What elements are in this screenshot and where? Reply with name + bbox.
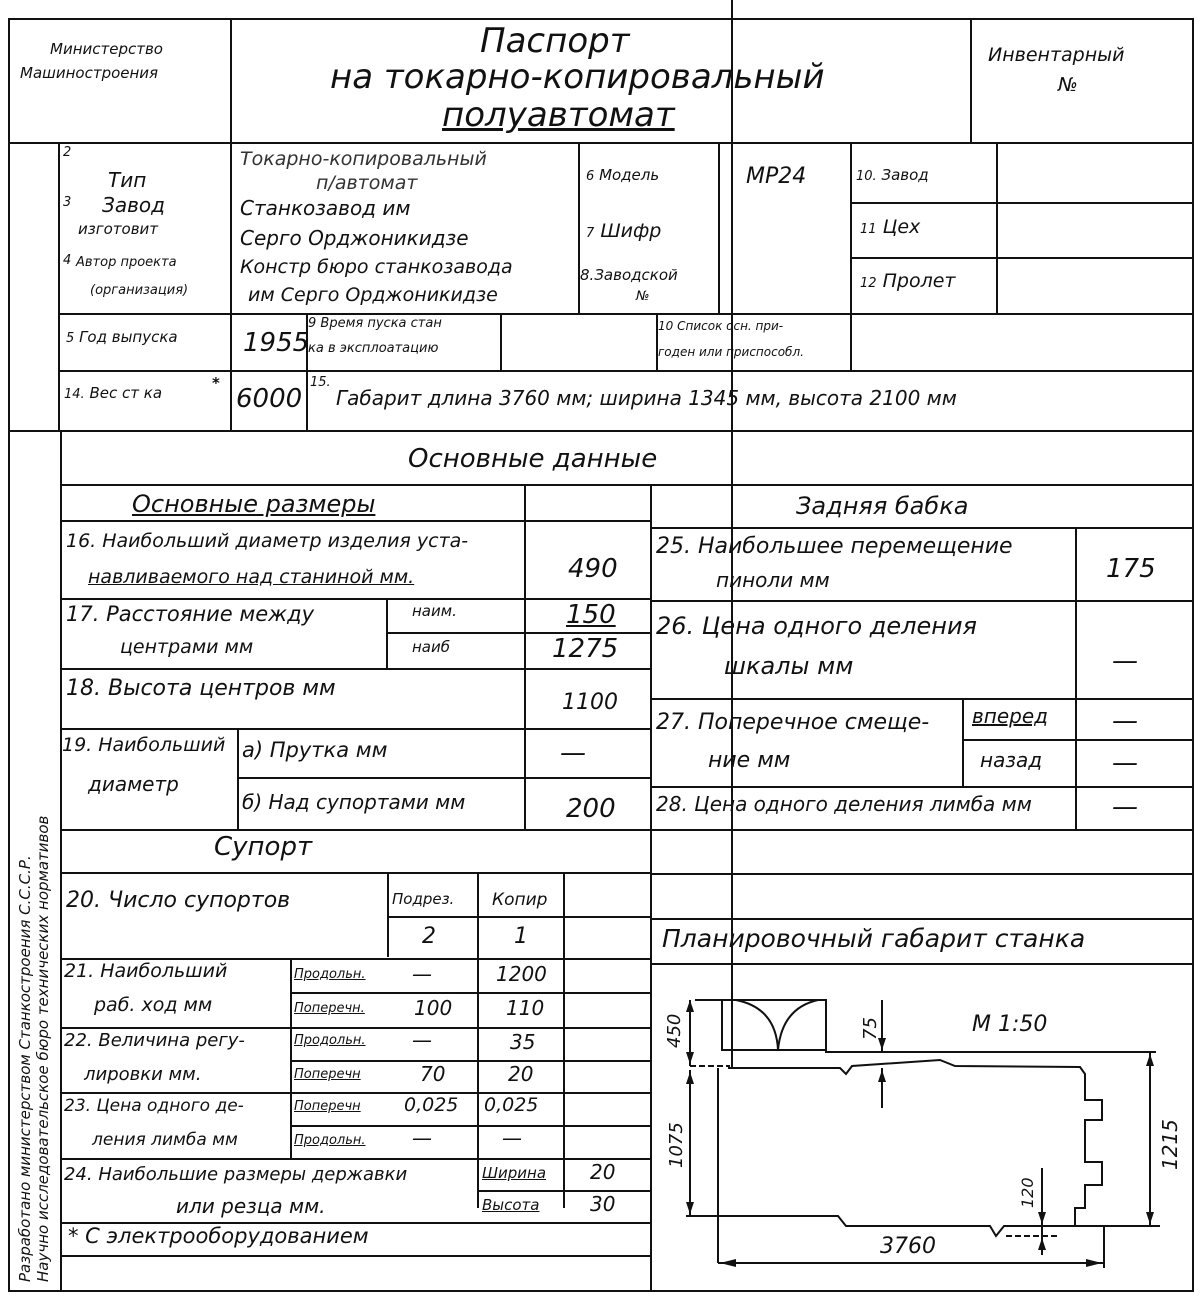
ministry-line-1: Министерство (50, 42, 163, 57)
divider (500, 313, 502, 371)
field-10-num: 10. (856, 169, 877, 184)
f28-label: 28. Цена одного деления лимба мм (656, 794, 1032, 814)
col-copy-header: Копир (492, 892, 547, 909)
f26-label-1: 26. Цена одного деления (656, 614, 977, 638)
f20-label: 20. Число супортов (66, 890, 290, 912)
dimensions-text: Габарит длина 3760 мм; ширина 1345 мм, в… (336, 388, 957, 408)
weight-label: 14. Вес ст ка (64, 386, 162, 401)
type-value-2: п/автомат (316, 174, 417, 193)
fixtures-label-text: Список осн. при- (677, 319, 783, 333)
sizes-title: Основные размеры (132, 492, 375, 516)
ministry-line-2: Машиностроения (20, 66, 158, 81)
divider (387, 916, 650, 918)
type-label: Тип (108, 170, 146, 190)
frame-left (8, 18, 10, 1292)
f24-width-value: 20 (590, 1162, 615, 1182)
f26-value: — (1112, 648, 1138, 674)
divider (718, 142, 720, 314)
f16-label-1: 16. Наибольший диаметр изделия уста- (66, 532, 468, 551)
field-10b-num: 10 (658, 319, 673, 333)
divider (650, 963, 1194, 965)
dim-450: 450 (666, 1014, 684, 1048)
plant-label-text: Завод (881, 166, 928, 184)
row-2-cut: 100 (414, 998, 452, 1018)
field-12-num: 12 (860, 276, 877, 291)
frame-right (1192, 18, 1194, 1292)
divider (290, 1060, 650, 1062)
f19a-value: — (560, 740, 586, 766)
field-15-num: 15. (310, 376, 331, 389)
divider (60, 598, 650, 600)
maker-label-2: изготовит (78, 222, 158, 237)
divider (58, 313, 1194, 315)
field-2-num: 2 (63, 146, 71, 159)
factory-no-label-2: № (636, 290, 650, 303)
fixtures-label-1: 10 Список осн. при- (658, 320, 783, 332)
f20-copy-value: 1 (514, 926, 528, 948)
field-7-num: 7 (586, 226, 594, 241)
divider (237, 728, 239, 830)
row-6-direction: Продольн. (294, 1134, 366, 1147)
frame-top (8, 18, 1194, 20)
f25-label-1: 25. Наибольшее перемещение (656, 536, 1013, 558)
row-4-direction: Поперечн (294, 1068, 361, 1081)
divider (650, 527, 1194, 529)
row-4-cut: 70 (420, 1064, 445, 1084)
divider (477, 1190, 650, 1192)
f27-back-value: — (1112, 750, 1138, 776)
row-6-copy: — (502, 1128, 522, 1148)
row-1-direction: Продольн. (294, 968, 366, 981)
divider (60, 1158, 650, 1160)
author-label-1: Автор проекта (76, 256, 177, 269)
f16-value: 490 (568, 556, 618, 582)
field-4-num: 4 (63, 254, 71, 267)
row-1-cut: — (412, 964, 432, 984)
f24-label-1: 24. Наибольшие размеры державки (64, 1166, 407, 1184)
plant-label: 10. Завод (856, 168, 929, 183)
model-value: МР24 (746, 166, 806, 188)
divider (230, 142, 232, 432)
divider (60, 728, 650, 730)
year-value: 1955 (243, 330, 309, 356)
maker-value-2: Серго Орджоникидзе (240, 228, 469, 248)
support-title: Супорт (214, 834, 312, 860)
f26-label-2: шкалы мм (724, 654, 853, 678)
divider (60, 520, 650, 522)
divider (850, 202, 1194, 204)
side-note-line-2: Научно исследовательское бюро технически… (36, 816, 51, 1282)
f19-label-1: 19. Наибольший (62, 736, 225, 755)
f27-forward-label: вперед (972, 706, 1048, 726)
shop-label-text: Цех (883, 216, 921, 238)
f19-label-2: диаметр (88, 774, 179, 794)
author-value-1: Констр бюро станкозавода (240, 258, 513, 277)
f21-label-1: 21. Наибольший (64, 962, 227, 981)
type-value-1: Токарно-копировальный (240, 150, 487, 169)
divider (60, 872, 650, 874)
divider (290, 1125, 650, 1127)
row-2-copy: 110 (506, 998, 544, 1018)
divider (650, 786, 1194, 788)
field-8-num: 8. (580, 266, 594, 284)
f23-label-2: ления лимба мм (92, 1132, 238, 1149)
row-3-copy: 35 (510, 1032, 535, 1052)
f19b-value: 200 (566, 796, 616, 822)
row-3-cut: — (412, 1030, 432, 1050)
divider (650, 698, 1194, 700)
divider (387, 872, 389, 957)
dim-75: 75 (862, 1017, 880, 1040)
divider (962, 698, 964, 786)
footnote: * С электрооборудованием (68, 1226, 369, 1247)
field-14-num: 14. (64, 387, 85, 402)
factory-no-label-text: Заводской (594, 266, 677, 284)
divider (578, 142, 580, 314)
inventory-label: Инвентарный (988, 46, 1125, 65)
divider (60, 1027, 650, 1029)
start-date-label-text: Время пуска стан (320, 316, 441, 331)
f20-cut-value: 2 (422, 926, 436, 948)
span-label-text: Пролет (883, 270, 956, 292)
span-label: 12 Пролет (860, 272, 955, 291)
start-date-label-1: 9 Время пуска стан (308, 317, 442, 330)
scale-label: М 1:50 (972, 1014, 1047, 1036)
f21-label-2: раб. ход мм (94, 996, 212, 1015)
row-5-cut: 0,025 (404, 1096, 458, 1115)
row-3-direction: Продольн. (294, 1034, 366, 1047)
f19a-label: а) Прутка мм (242, 740, 387, 761)
model-label-text: Модель (599, 166, 659, 184)
author-value-2: им Серго Орджоникидзе (248, 286, 498, 305)
f27-back-label: назад (980, 750, 1042, 770)
fixtures-label-2: годен или приспособл. (658, 346, 804, 358)
field-5-num: 5 (66, 331, 74, 346)
f27-label-2: ние мм (708, 750, 790, 772)
page-title-line-2: на токарно-копировальный (330, 60, 825, 94)
divider (477, 1158, 479, 1208)
cipher-label-text: Шифр (600, 220, 661, 242)
dim-3760: 3760 (880, 1236, 936, 1258)
f17-max-label: наиб (412, 640, 450, 655)
f27-forward-value: — (1112, 708, 1138, 734)
maker-label-1: Завод (102, 195, 165, 215)
divider (1075, 527, 1077, 829)
divider (60, 484, 1194, 486)
divider (650, 484, 652, 830)
divider (58, 142, 60, 432)
section-title-main: Основные данные (408, 446, 657, 472)
inventory-number-label: № (1058, 76, 1078, 95)
row-5-direction: Поперечн (294, 1100, 361, 1113)
divider (650, 918, 1194, 920)
divider (230, 18, 232, 144)
divider (970, 18, 972, 144)
f18-value: 1100 (562, 692, 618, 714)
weight-label-text: Вес ст ка (89, 384, 162, 402)
row-4-copy: 20 (508, 1064, 533, 1084)
divider (60, 1092, 650, 1094)
f17-max-value: 1275 (552, 636, 618, 662)
divider (650, 829, 652, 1292)
row-2-direction: Поперечн. (294, 1002, 365, 1015)
divider (58, 370, 1194, 372)
dim-1075: 1075 (668, 1122, 686, 1168)
divider (60, 430, 62, 1292)
divider (996, 142, 998, 314)
divider (60, 668, 650, 670)
f27-label-1: 27. Поперечное смеще- (656, 712, 929, 734)
field-9-num: 9 (308, 316, 316, 331)
weight-mark: * (212, 376, 220, 391)
weight-value: 6000 (236, 386, 302, 412)
divider (290, 992, 650, 994)
row-5-copy: 0,025 (484, 1096, 538, 1115)
f22-label-2: лировки мм. (84, 1066, 201, 1084)
year-label: 5 Год выпуска (66, 330, 178, 345)
divider (8, 142, 1194, 144)
f17-min-label: наим. (412, 604, 457, 619)
divider (650, 873, 1194, 875)
page-title-line-1: Паспорт (480, 24, 630, 58)
side-note-line-1: Разработано министерством Станкостроения… (18, 855, 33, 1282)
f17-label-1: 17. Расстояние между (66, 604, 314, 625)
divider (850, 257, 1194, 259)
f22-label-1: 22. Величина регу- (64, 1032, 245, 1050)
tailstock-title: Задняя бабка (796, 494, 968, 518)
f24-label-2: или резца мм. (176, 1196, 326, 1216)
layout-title: Планировочный габарит станка (662, 926, 1085, 951)
page-title-line-3: полуавтомат (442, 98, 675, 132)
f24-height-label: Высота (482, 1198, 540, 1213)
divider (290, 958, 292, 1160)
factory-no-label-1: 8.Заводской (580, 268, 678, 283)
f17-min-value: 150 (566, 602, 616, 628)
row-6-cut: — (412, 1128, 432, 1148)
f16-label-2: навливаемого над станиной мм. (88, 568, 414, 587)
f18-label: 18. Высота центров мм (66, 678, 336, 700)
field-11-num: 11 (860, 222, 877, 237)
shop-label: 11 Цех (860, 218, 920, 237)
divider (60, 829, 1194, 831)
divider (237, 777, 650, 779)
year-label-text: Год выпуска (79, 328, 178, 346)
f19b-label: б) Над супортами мм (242, 792, 465, 812)
dim-120: 120 (1020, 1177, 1036, 1208)
divider (60, 1255, 650, 1257)
author-label-2: (организация) (90, 284, 188, 297)
f24-width-label: Ширина (482, 1166, 546, 1181)
maker-value-1: Станкозавод им (240, 198, 410, 218)
dim-1215: 1215 (1160, 1119, 1180, 1170)
f28-value: — (1112, 794, 1138, 820)
divider (650, 600, 1194, 602)
field-6-num: 6 (586, 169, 594, 184)
divider (962, 739, 1194, 741)
inventory-number-field[interactable] (1085, 72, 1185, 102)
divider (8, 430, 1194, 432)
f24-height-value: 30 (590, 1194, 615, 1214)
frame-bottom (8, 1290, 1194, 1292)
f23-label-1: 23. Цена одного де- (64, 1098, 244, 1115)
f25-value: 175 (1106, 556, 1156, 582)
field-3-num: 3 (63, 196, 71, 209)
row-1-copy: 1200 (496, 964, 547, 984)
col-cut-header: Подрез. (392, 892, 454, 907)
cipher-label: 7 Шифр (586, 222, 661, 241)
f17-label-2: центрами мм (120, 638, 253, 657)
start-date-label-2: ка в эксплоатацию (308, 342, 438, 355)
f25-label-2: пиноли мм (716, 570, 830, 590)
model-label: 6 Модель (586, 168, 659, 183)
